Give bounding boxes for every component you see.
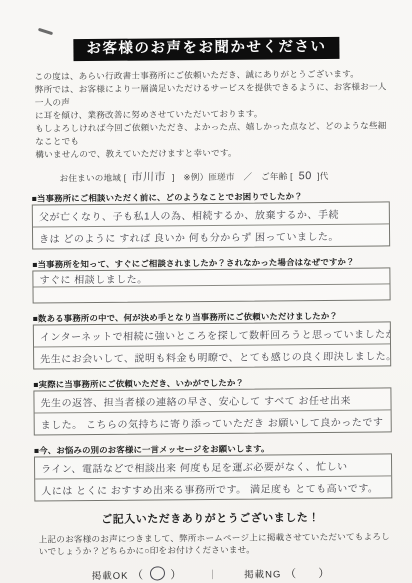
publish-ng-option: 掲載NG （ ） xyxy=(244,569,330,581)
answer-box: 先生の返答、担当者様の連絡の早さ、安心して すべて お任せ出来 ました。 こちら… xyxy=(33,387,391,435)
paren-close: ） xyxy=(318,568,330,580)
question-block-3: ■数ある事務所の中で、何が決め手となり当事務所にご依頼いただけましたか？ インタ… xyxy=(33,309,391,369)
handwritten-circle-mark xyxy=(149,565,166,581)
intro-line: 構いませんので、教えていただけますと幸いです。 xyxy=(35,145,389,161)
answer-line: 先生にお会いして、説明も料金も明瞭で、とても感じの良く即決しました。 xyxy=(34,344,390,368)
answer-line: きは どのように すれば 良いか 何も分からず 困っていました。 xyxy=(33,224,389,248)
paren-close: ） xyxy=(170,569,182,581)
form-header: お客様のお声をお聞かせください xyxy=(0,36,412,62)
intro-paragraph: この度は、あらい行政書士事務所にご依頼いただき、誠にありがとうございます。 弊所… xyxy=(35,67,390,161)
answer-line: ました。 こちらの気持ちに寄り添っていただき お願いして良かったです xyxy=(35,410,391,434)
question-block-2: ■当事務所を知って、すぐにご相談されましたか？されなかった場合はなぜですか？ す… xyxy=(32,255,390,303)
residence-value-handwritten: 市川市 xyxy=(129,168,170,184)
publish-ng-label: 掲載NG xyxy=(244,569,281,580)
publish-permission-paragraph: 上記のお客様のお声につきまして、弊所ホームページ上に掲載させていただいてもよろし… xyxy=(39,530,393,557)
residence-age-row: お住まいの地域 [ 市川市 ] ※例）匝瑳市 ／ ご年齢 [ 50 ]代 xyxy=(59,166,412,183)
answer-line: インターネットで相続に強いところを探して数軒回ろうと思っていましたが xyxy=(34,322,390,347)
publish-ok-option: 掲載OK （ ） xyxy=(92,570,186,582)
paren-open: （ xyxy=(285,568,297,580)
thanks-message: ご記入いただきありがとうございました！ xyxy=(4,508,412,526)
intro-line: 弊所では、お客様により一層満足いただけるサービスを提供できるように、お客様お一人… xyxy=(35,80,389,109)
options-separator: ｜ xyxy=(208,570,219,581)
answer-box: インターネットで相続に強いところを探して数軒回ろうと思っていましたが 先生にお会… xyxy=(33,321,391,369)
answer-line: ライン、電話などで相談出来 何度も足を運ぶ必要がなく、忙しい xyxy=(35,454,391,479)
question-block-5: ■今、お悩みの別のお客様に一言メッセージをお願いします。 ライン、電話などで相談… xyxy=(34,441,392,501)
publish-ok-label: 掲載OK xyxy=(92,571,129,582)
page-title: お客様のお声をお聞かせください xyxy=(73,37,339,61)
answer-line xyxy=(34,284,390,302)
question-block-4: ■実際に当事務所にご依頼いただき、いかがでしたか？ 先生の返答、担当者様の連絡の… xyxy=(33,375,391,435)
answer-line: 先生の返答、担当者様の連絡の早さ、安心して すべて お任せ出来 xyxy=(34,388,390,413)
paren-open: （ xyxy=(132,570,144,582)
answer-line: 人には とくに おすすめ出来る事務所です。 満足度も とても高いです。 xyxy=(35,476,391,500)
answer-box: すぐに 相談しました。 xyxy=(32,267,390,303)
publish-permission-options: 掲載OK （ ） ｜ 掲載NG （ ） xyxy=(5,564,412,583)
residence-label: お住まいの地域 [ xyxy=(60,173,127,184)
answer-box: 父が亡くなり、子も私1人の為、相続するか、放棄するか、手続 きは どのように す… xyxy=(32,201,390,249)
intro-line: もしよろしければ今回ご依頼いただき、よかった点、嬉しかった点など、どのような些細… xyxy=(35,119,389,148)
age-value-handwritten: 50 xyxy=(295,170,315,182)
form-content: お客様のお声をお聞かせください この度は、あらい行政書士事務所にご依頼いただき、… xyxy=(0,0,412,583)
scanned-feedback-form: お客様のお声をお聞かせください この度は、あらい行政書士事務所にご依頼いただき、… xyxy=(0,0,412,583)
age-suffix-label: ]代 xyxy=(317,171,328,181)
answer-line: 父が亡くなり、子も私1人の為、相続するか、放棄するか、手続 xyxy=(33,202,389,227)
residence-example-label: ] ※例）匝瑳市 ／ ご年齢 [ xyxy=(172,171,293,182)
question-block-1: ■当事務所にご相談いただく前に、どのようなことでお困りでしたか？ 父が亡くなり、… xyxy=(32,189,390,249)
answer-box: ライン、電話などで相談出来 何度も足を運ぶ必要がなく、忙しい 人には とくに お… xyxy=(34,453,392,501)
